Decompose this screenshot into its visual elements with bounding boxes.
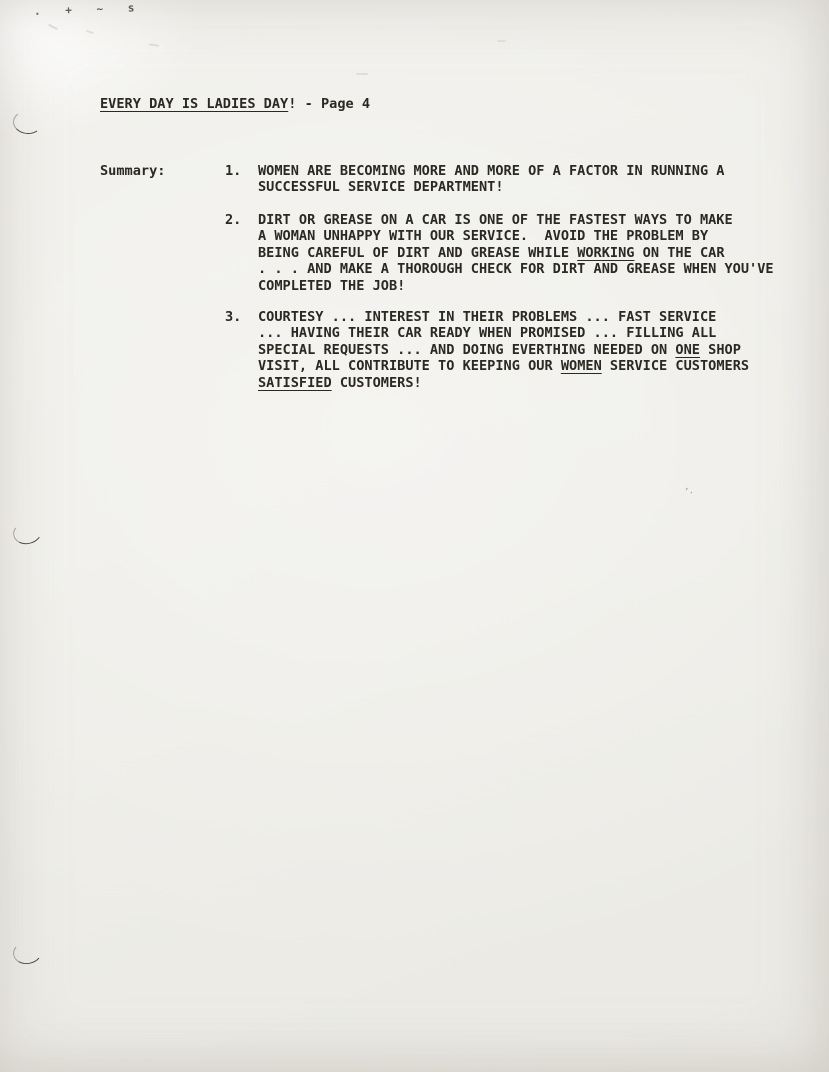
scanned-document-page: . + ~ s ʼ· EVERY DAY IS LADIES DAY! - Pa…	[0, 0, 829, 1072]
scan-noise-mark	[48, 24, 58, 30]
hole-punch-mark	[12, 110, 43, 136]
document-title-page-label: ! - Page 4	[288, 96, 370, 112]
scan-smudge-mark: ʼ·	[682, 488, 694, 499]
underlined-word: WOMEN	[561, 358, 602, 374]
scan-noise-mark	[497, 40, 506, 42]
underlined-word: WORKING	[577, 245, 634, 261]
document-title-underlined-text: EVERY DAY IS LADIES DAY	[100, 96, 288, 112]
underlined-word: SATISFIED	[258, 375, 332, 391]
summary-label: Summary:	[100, 163, 165, 179]
list-item-number: 2.	[225, 212, 241, 228]
summary-item-3: 3. COURTESY ... INTEREST IN THEIR PROBLE…	[225, 309, 805, 391]
list-item-number: 3.	[225, 309, 241, 325]
summary-item-1: 1. WOMEN ARE BECOMING MORE AND MORE OF A…	[225, 163, 805, 196]
document-title: EVERY DAY IS LADIES DAY! - Page 4	[100, 96, 370, 112]
hole-punch-mark	[11, 518, 45, 547]
scan-noise-mark	[149, 43, 159, 46]
list-item-text: WOMEN ARE BECOMING MORE AND MORE OF A FA…	[258, 163, 805, 196]
pencil-scribble: . + ~ s	[34, 1, 144, 18]
summary-item-2: 2. DIRT OR GREASE ON A CAR IS ONE OF THE…	[225, 212, 805, 294]
list-item-text: COURTESY ... INTEREST IN THEIR PROBLEMS …	[258, 309, 805, 391]
underlined-word: ONE	[675, 342, 700, 358]
list-item-text: DIRT OR GREASE ON A CAR IS ONE OF THE FA…	[258, 212, 805, 294]
scan-noise-mark	[86, 30, 94, 34]
hole-punch-mark	[11, 939, 44, 967]
scan-noise-mark	[356, 73, 368, 75]
list-item-number: 1.	[225, 163, 241, 179]
